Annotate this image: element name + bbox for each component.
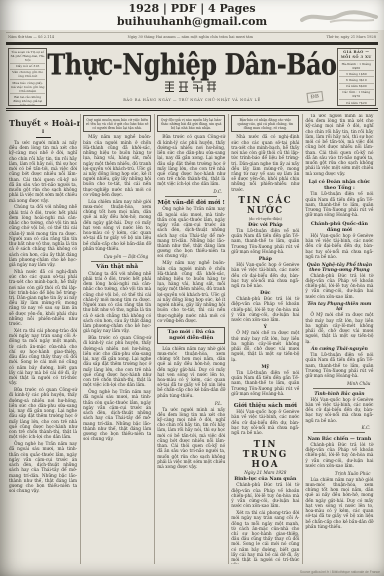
- news-lead: Lại có Đoàn nhận chức theo Tổng :: [305, 179, 373, 191]
- body-text: Tin Lữ-thuận điện về nói quân Nam đã tiế…: [305, 192, 373, 218]
- notice-box: Quý ngài muốn mua báo cứ việc biên rõ tê…: [83, 115, 151, 132]
- top-rule: [6, 42, 378, 45]
- body-text: Ông nghè họ Trần năm nay đã ngoài sáu mư…: [9, 442, 77, 494]
- price-line: 3 tháng 1$60: [339, 72, 374, 78]
- news-subhead: Tình-hình Bắc quân: [305, 392, 373, 397]
- column-3: Quý độc-giả vị nào muốn lấy lại bản-thảo…: [154, 114, 228, 564]
- body-text: Ở Mỹ mới chế ra được một thứ máy bay rất…: [305, 313, 373, 344]
- body-text: Mấy năm nay nghề buôn-bán của người mình…: [157, 261, 225, 324]
- body-text: Hội Vạn-quốc họp ở Genève bàn về việc tà…: [231, 410, 299, 436]
- article-signature: D.C.: [157, 189, 222, 194]
- pdf-header: 1928 | PDF | 4 Pages buihuuhanh@gmail.co…: [0, 0, 384, 30]
- body-text: Chúng ta đối với những nhẽ phải trái ở đ…: [9, 205, 77, 268]
- body-text: Ông nghè họ Trần năm nay đã ngoài sáu mư…: [157, 207, 225, 259]
- gallica-watermark: Source gallica.bnf.fr / Bibliothèque nat…: [300, 570, 380, 574]
- price-line: Cả năm 7$20: [339, 101, 374, 106]
- divider: [165, 196, 217, 197]
- notice-box: Quý độc-giả vị nào muốn lấy lại bản-thảo…: [157, 115, 225, 132]
- masthead-center: Thực-Nghiệp Dân-Báo BÁO RA HẰNG NGÀY — T…: [47, 48, 336, 106]
- column-1: Thuyết « Hoài-nghi » I Ta ước người mình…: [8, 114, 80, 564]
- divider: [313, 432, 365, 433]
- body-text: Tin Lữ-thuận điện về nói quân Nam đã tiế…: [231, 371, 299, 397]
- body-text: Lúa chiêm năm nay nhờ giời mưa-móc thuận…: [157, 347, 225, 399]
- ink-smudge: [300, 8, 378, 26]
- notice-box: Bản-báo có nhận đăng các việc quảng-cáo,…: [231, 115, 299, 132]
- masthead-rule: [6, 108, 378, 112]
- body-text: Ta ước người mình ai nấy đều đem lòng ti…: [9, 141, 77, 204]
- body-text: Xét ra thì cái phong-trào đời mới ngày n…: [9, 329, 77, 387]
- newspaper-page: 1928 | PDF | 4 Pages buihuuhanh@gmail.co…: [0, 0, 384, 576]
- article-headline: Thuyết « Hoài-nghi »: [9, 118, 77, 128]
- dateline-day: Thứ tư, ngày 21 Mars 1928: [326, 35, 376, 39]
- price-line: 6 tháng 3$10: [339, 78, 374, 84]
- body-text: Lúa chiêm năm nay nhờ giời mưa-móc thuận…: [83, 200, 151, 252]
- body-text: Lúa chiêm năm nay nhờ giời mưa-móc thuận…: [305, 478, 373, 530]
- news-subhead: Binh-lực của Nam quân: [231, 477, 299, 482]
- body-text: Bữa trước có quan Công-sứ đi kinh-lý các…: [9, 388, 77, 440]
- column-4: Bản-báo có nhận đăng các việc quảng-cáo,…: [228, 114, 302, 564]
- masthead-price-box: GIÁ BÁO — MỖI SỐ 3 XU Hà-thành : 1 tháng…: [337, 48, 376, 106]
- body-text: Hội Vạn-quốc họp ở Genève bàn về việc tà…: [305, 398, 373, 424]
- news-subhead: Án cướng Thái-nguyên: [305, 347, 373, 352]
- body-text: Mấy năm nay nghề buôn-bán của người mình…: [83, 135, 151, 198]
- news-subhead: Quân Nghệ-tây Phổ thuận theo Trung-ương …: [305, 263, 373, 273]
- column-5: Ta ước người mình ai nấy đều đem lòng ti…: [302, 114, 376, 564]
- news-subhead: Đức: [231, 291, 299, 296]
- news-lead: Chánh-phủ Quốc-dân đảng mới: [305, 221, 373, 233]
- masthead-office-box: Tòa soạn và Trị-sự số 64 phố Hàng-Gai, H…: [8, 48, 47, 106]
- news-lead: Nam Bắc chiến — tranh: [305, 436, 373, 442]
- divider: [36, 137, 51, 138]
- price-title: GIÁ BÁO — MỖI SỐ 3 XU: [339, 50, 374, 61]
- news-subhead: Đức với Pháp: [231, 223, 299, 228]
- office-line: Bài lai-cảo không đăng không giả lại bản…: [10, 95, 45, 106]
- body-text: Chúng ta đối với những nhẽ phải trái ở đ…: [83, 272, 151, 335]
- office-line: Tòa soạn và Trị-sự số 64 phố Hàng-Gai, H…: [10, 50, 45, 64]
- newspaper-title: Thực-Nghiệp Dân-Báo: [47, 49, 336, 81]
- section-subtitle: (do vô-tuyến-điện): [231, 217, 299, 221]
- body-text: Nhà nước đã có nghị-định sức cho các qua…: [231, 135, 299, 193]
- body-text: Chánh-phủ Đức trả lời tờ điệp-văn của Ph…: [231, 297, 299, 323]
- article-signature: Trịnh Xuân Phúc: [305, 471, 370, 476]
- body-text: Hội Vạn-quốc họp ở Genève bàn về việc tà…: [231, 263, 299, 289]
- price-line: Các tỉnh : 1 tháng 0$70: [339, 90, 374, 100]
- body-text: Nhà nước đã có nghị-định sức cho các qua…: [9, 270, 77, 328]
- office-line: Mua báo cùng giấy-má việc buôn gửi ông C…: [10, 81, 45, 95]
- body-text: Chánh-phủ Đức trả lời tờ điệp-văn của Ph…: [305, 274, 373, 300]
- library-stamp: ĐB: [306, 91, 323, 103]
- column-2: Quý ngài muốn mua báo cứ việc biên rõ tê…: [80, 114, 154, 564]
- price-line: Hà-thành : 1 tháng 0$60: [339, 62, 374, 72]
- body-text: Tin Lữ-thuận điện về nói quân Nam đã tiế…: [231, 229, 299, 255]
- news-subhead: Tên tay Phụng-thiên mưu lại: [305, 302, 373, 312]
- masthead: Tòa soạn và Trị-sự số 64 phố Hàng-Gai, H…: [8, 48, 376, 106]
- body-text: Chánh-phủ Đức trả lời tờ điệp-văn của Ph…: [231, 483, 299, 509]
- office-line: Dây nói số 316: [10, 64, 45, 70]
- masthead-tagline: BÁO RA HẰNG NGÀY — TRỪ NGÀY CHỦ-NHẬT VÀ …: [47, 98, 336, 102]
- body-text: Ở Mỹ mới chế ra được một thứ máy bay rất…: [231, 331, 299, 362]
- divider: [239, 399, 291, 400]
- divider: [91, 261, 143, 262]
- article-part-number: I: [9, 129, 77, 135]
- body-text: Ta ước người mình ai nấy đều đem lòng ti…: [157, 408, 225, 471]
- news-subhead: Ý: [231, 325, 299, 330]
- body-text: Bữa trước có quan Công-sứ đi kinh-lý các…: [157, 135, 225, 187]
- body-text: Chánh-phủ Đức trả lời tờ điệp-văn của Ph…: [305, 443, 373, 469]
- article-subhead: Văn thật nhã: [83, 264, 151, 270]
- news-subhead: Pháp: [231, 257, 299, 262]
- price-line: Cả năm 6$00: [339, 84, 374, 90]
- section-title-world-news: TIN CÁC NƯỚC: [231, 196, 299, 216]
- body-text: Bữa trước có quan Công-sứ đi kinh-lý các…: [83, 336, 151, 388]
- hanzi-glyphs: [163, 81, 221, 93]
- body-text: Hội Vạn-quốc họp ở Genève bàn về việc tà…: [305, 234, 373, 260]
- dateline-issue: Năm thứ tám — Số 2.114: [8, 35, 54, 39]
- section-title-china-news: TIN TRUNG HOA: [231, 440, 299, 470]
- book-review-head: Giới thiệu sách mới: [231, 403, 299, 409]
- body-text: Tin Lữ-thuận điện về nói quân Nam đã tiế…: [305, 353, 373, 379]
- boxed-subhead: Tạo mới : Đá của người diễn-điện: [157, 327, 225, 345]
- body-text: Ông nghè họ Trần năm nay đã ngoài sáu mư…: [83, 390, 151, 442]
- columns: Thuyết « Hoài-nghi » I Ta ước người mình…: [8, 114, 376, 564]
- news-dateline: Ngày 21 Mars 1928: [231, 470, 299, 475]
- dateline: Năm thứ tám — Số 2.114 Ngày 30 tháng Hai…: [6, 32, 378, 40]
- dateline-date: Ngày 30 tháng Hai annam — năm một nghìn …: [128, 35, 253, 39]
- article-signature: Minh Châu: [305, 381, 370, 386]
- divider: [313, 388, 365, 389]
- body-text: Ta ước người mình ai nấy đều đem lòng ti…: [305, 114, 373, 177]
- article-signature: K.C.: [305, 425, 370, 430]
- news-subhead: Mỹ: [231, 365, 299, 370]
- article-subhead: Một vấn-đề đời mới !: [157, 200, 225, 206]
- article-signature: P.L.: [157, 401, 222, 406]
- body-text: Xét ra thì cái phong-trào đời mới ngày n…: [231, 511, 299, 564]
- article-signature: Cựu-yên — Dật-Công: [83, 254, 148, 259]
- office-line: Văn chương gửi cho ông Chủ-bút: [10, 70, 45, 80]
